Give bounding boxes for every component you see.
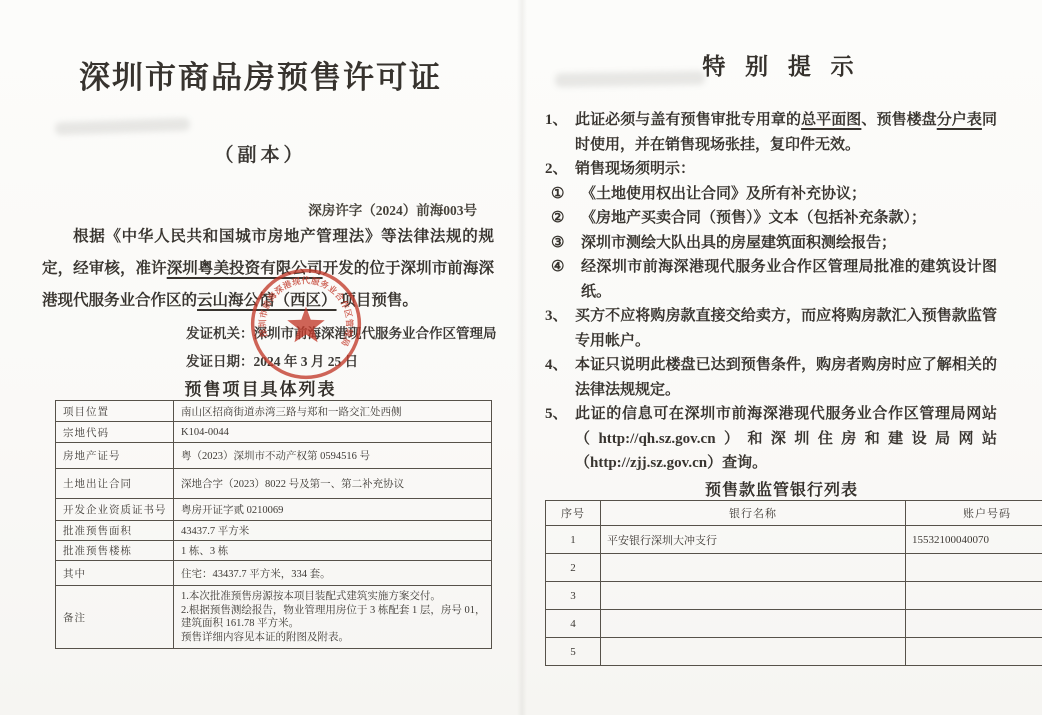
project-name: 云山海公馆（西区） [197, 292, 337, 309]
cell-bank-name [601, 554, 906, 582]
circled-number: ② [551, 206, 564, 231]
notice-subitem-3: ③深圳市测绘大队出具的房屋建筑面积测绘报告； [545, 231, 997, 256]
item-text: 经深圳市前海深港现代服务业合作区管理局批准的建筑设计图纸。 [581, 259, 997, 300]
issuing-authority-line: 发证机关：深圳市前海深港现代服务业合作区管理局 [186, 322, 497, 342]
row-value: 南山区招商街道赤湾三路与郑和一路交汇处西侧 [174, 401, 492, 422]
row-value: 粤（2023）深圳市不动产权第 0594516 号 [174, 443, 492, 469]
item-text: 、预售楼盘 [861, 112, 936, 128]
bank-table-row: 1 平安银行深圳大冲支行 15532100040070 [546, 526, 1042, 554]
document-number: 深房许字（2024）前海003号 [308, 199, 477, 219]
permit-title: 深圳市商品房预售许可证 [0, 52, 521, 97]
cell-bank-name: 平安银行深圳大冲支行 [601, 526, 906, 554]
item-number: 2、 [545, 157, 568, 182]
notice-item-2: 2、销售现场须明示： [545, 157, 997, 182]
table-row: 房地产证号粤（2023）深圳市不动产权第 0594516 号 [56, 443, 492, 469]
notice-subitem-1: ①《土地使用权出让合同》及所有补充协议； [545, 182, 997, 207]
circled-number: ③ [551, 231, 564, 256]
item-text: 此证的信息可在深圳市前海深港现代服务业合作区管理局网站（http://qh.sz… [575, 406, 997, 471]
row-label: 宗地代码 [56, 422, 174, 443]
bank-table-row: 4 [546, 610, 1042, 638]
cell-no: 2 [546, 554, 601, 582]
underlined-term: 总平面图 [801, 112, 861, 128]
table-row: 其中住宅：43437.7 平方米，334 套。 [56, 561, 492, 586]
table-row: 宗地代码K104-0044 [56, 422, 492, 443]
notice-page: 特 别 提 示 1、此证必须与盖有预售审批专用章的总平面图、预售楼盘分户表同时使… [521, 0, 1042, 715]
issue-date-line: 发证日期：2024 年 3 月 25 日 [186, 350, 358, 370]
cell-account-number [906, 638, 1042, 666]
item-text: 此证必须与盖有预售审批专用章的 [575, 112, 801, 128]
cell-no: 3 [546, 582, 601, 610]
notice-list: 1、此证必须与盖有预售审批专用章的总平面图、预售楼盘分户表同时使用，并在销售现场… [545, 108, 997, 476]
row-label: 备注 [56, 586, 174, 649]
issue-date-label: 发证日期： [186, 354, 254, 369]
item-text: 买方不应将购房款直接交给卖方，而应将购房款汇入预售款监管专用帐户。 [575, 308, 997, 349]
item-number: 1、 [545, 108, 568, 133]
copy-label: （副本） [0, 140, 521, 167]
table-row: 开发企业资质证书号粤房开证字贰 0210069 [56, 499, 492, 521]
cell-no: 5 [546, 638, 601, 666]
underlined-term: 分户表 [937, 112, 982, 128]
notice-item-3: 3、买方不应将购房款直接交给卖方，而应将购房款汇入预售款监管专用帐户。 [545, 304, 997, 353]
row-label: 项目位置 [56, 401, 174, 422]
item-text: 《房地产买卖合同（预售）》文本（包括补充条款）； [581, 210, 926, 226]
notice-subitem-2: ②《房地产买卖合同（预售）》文本（包括补充条款）； [545, 206, 997, 231]
row-value: 1 栋、3 栋 [174, 541, 492, 561]
issuer-value: 深圳市前海深港现代服务业合作区管理局 [254, 326, 497, 341]
circled-number: ① [551, 182, 564, 207]
row-value: 粤房开证字贰 0210069 [174, 499, 492, 521]
cell-account-number: 15532100040070 [906, 526, 1042, 554]
row-label: 批准预售楼栋 [56, 541, 174, 561]
header-no: 序号 [546, 501, 601, 526]
page-seam-divider [517, 0, 527, 715]
row-label: 批准预售面积 [56, 521, 174, 541]
notice-item-1: 1、此证必须与盖有预售审批专用章的总平面图、预售楼盘分户表同时使用，并在销售现场… [545, 108, 997, 157]
issue-date-value: 2024 年 3 月 25 日 [254, 354, 359, 369]
bank-table-header-row: 序号 银行名称 账户号码 [546, 501, 1042, 526]
item-number: 3、 [545, 304, 568, 329]
notice-item-4: 4、本证只说明此楼盘已达到预售条件，购房者购房时应了解相关的法律法规规定。 [545, 353, 997, 402]
scan-artifact [55, 118, 190, 136]
notice-title: 特 别 提 示 [521, 48, 1042, 81]
header-account-number: 账户号码 [906, 501, 1042, 526]
cell-account-number [906, 554, 1042, 582]
row-value: 43437.7 平方米 [174, 521, 492, 541]
remark-line: 预售详细内容见本证的附图及附表。 [181, 631, 486, 645]
scanned-permit-document: 深圳市商品房预售许可证 （副本） 深房许字（2024）前海003号 根据《中华人… [0, 0, 1042, 715]
notice-item-5: 5、此证的信息可在深圳市前海深港现代服务业合作区管理局网站（http://qh.… [545, 402, 997, 476]
item-text: 本证只说明此楼盘已达到预售条件，购房者购房时应了解相关的法律法规规定。 [575, 357, 997, 398]
notice-subitem-4: ④经深圳市前海深港现代服务业合作区管理局批准的建筑设计图纸。 [545, 255, 997, 304]
bank-table-row: 5 [546, 638, 1042, 666]
cell-no: 1 [546, 526, 601, 554]
row-label: 房地产证号 [56, 443, 174, 469]
cell-account-number [906, 610, 1042, 638]
row-label: 其中 [56, 561, 174, 586]
remark-line: 1.本次批准预售房源按本项目装配式建筑实施方案交付。 [181, 590, 486, 604]
bank-table-title: 预售款监管银行列表 [521, 477, 1042, 500]
developer-name: 深圳粤美投资有限公司 [167, 260, 323, 277]
bank-table-row: 3 [546, 582, 1042, 610]
permit-page: 深圳市商品房预售许可证 （副本） 深房许字（2024）前海003号 根据《中华人… [0, 0, 521, 715]
row-value-remarks: 1.本次批准预售房源按本项目装配式建筑实施方案交付。 2.根据预售测绘报告，物业… [174, 586, 492, 649]
cell-bank-name [601, 582, 906, 610]
project-table-title: 预售项目具体列表 [0, 375, 521, 400]
row-value: 深地合字（2023）8022 号及第一、第二补充协议 [174, 469, 492, 499]
table-row: 项目位置南山区招商街道赤湾三路与郑和一路交汇处西侧 [56, 401, 492, 422]
item-number: 4、 [545, 353, 568, 378]
item-number: 5、 [545, 402, 568, 427]
issuer-label: 发证机关： [186, 326, 254, 341]
cell-bank-name [601, 638, 906, 666]
circled-number: ④ [551, 255, 564, 280]
cell-no: 4 [546, 610, 601, 638]
header-bank-name: 银行名称 [601, 501, 906, 526]
presale-project-table: 项目位置南山区招商街道赤湾三路与郑和一路交汇处西侧 宗地代码K104-0044 … [55, 400, 492, 649]
cell-account-number [906, 582, 1042, 610]
table-row: 批准预售面积43437.7 平方米 [56, 521, 492, 541]
item-text: 销售现场须明示： [575, 161, 695, 177]
row-label: 开发企业资质证书号 [56, 499, 174, 521]
table-row-remarks: 备注 1.本次批准预售房源按本项目装配式建筑实施方案交付。 2.根据预售测绘报告… [56, 586, 492, 649]
row-value: K104-0044 [174, 422, 492, 443]
table-row: 土地出让合同深地合字（2023）8022 号及第一、第二补充协议 [56, 469, 492, 499]
permit-body-paragraph: 根据《中华人民共和国城市房地产管理法》等法律法规的规定，经审核，准许深圳粤美投资… [42, 221, 494, 317]
row-label: 土地出让合同 [56, 469, 174, 499]
cell-bank-name [601, 610, 906, 638]
paragraph-text: 项目预售。 [337, 292, 418, 309]
table-row: 批准预售楼栋1 栋、3 栋 [56, 541, 492, 561]
escrow-bank-table: 序号 银行名称 账户号码 1 平安银行深圳大冲支行 15532100040070… [545, 500, 1042, 666]
bank-table-row: 2 [546, 554, 1042, 582]
remark-line: 2.根据预售测绘报告，物业管理用房位于 3 栋配套 1 层，房号 01，建筑面积… [181, 604, 486, 631]
item-text: 深圳市测绘大队出具的房屋建筑面积测绘报告； [581, 235, 896, 251]
row-value: 住宅：43437.7 平方米，334 套。 [174, 561, 492, 586]
item-text: 《土地使用权出让合同》及所有补充协议； [581, 186, 866, 202]
